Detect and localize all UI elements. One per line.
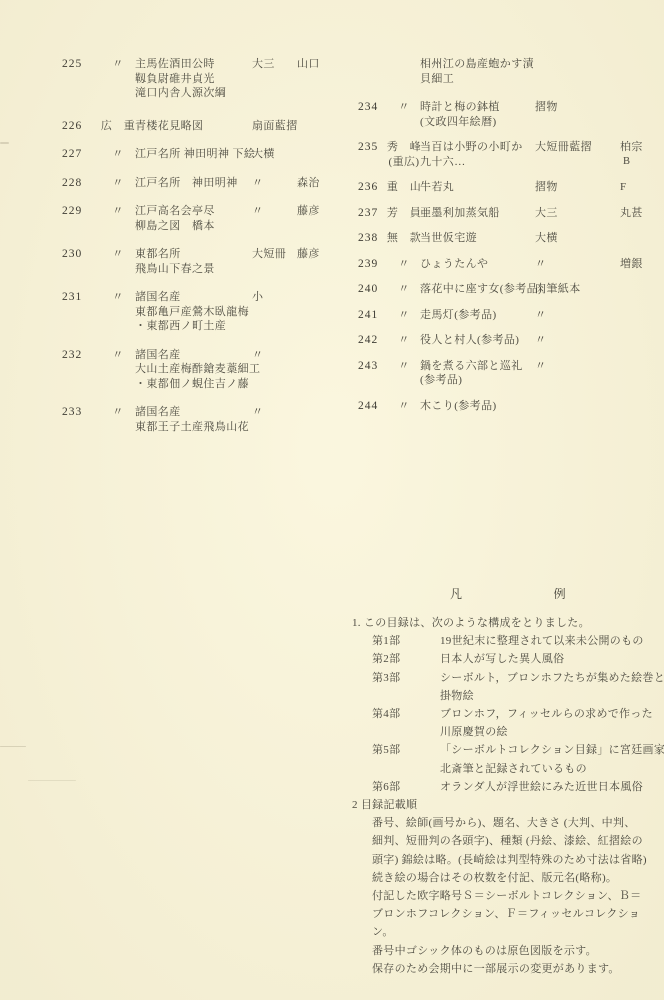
entry-publisher: 藤彦 xyxy=(297,204,320,219)
entry-title-line: 東都亀戸産鶯木臥龍梅 xyxy=(135,305,342,320)
catalog-entry: 243 〃 鍋を煮る六部と巡礼(参考品) 〃 xyxy=(358,359,664,388)
legend-line-text: シーボルト，ブロンホフたちが集めた絵巻と xyxy=(440,672,664,684)
legend-line-text: 付記した欧字略号Ｓ＝シーボルトコレクション、Ｂ＝ xyxy=(372,890,641,902)
entry-artist-name: 〃 xyxy=(112,58,123,70)
entry-title: 相州江の島産蚫かす漬貝細工 xyxy=(420,57,664,86)
entry-collection-code: B xyxy=(620,155,643,170)
entry-artist: 〃 xyxy=(100,247,136,262)
legend-line-label: 第6部 xyxy=(372,778,440,796)
scan-smudge xyxy=(28,780,76,781)
entry-artist-name: 〃 xyxy=(398,400,409,412)
legend-line: 1. この目録は、次のような構成をとりました。 xyxy=(352,614,664,632)
entry-number: 240 xyxy=(358,282,378,297)
entry-number: 237 xyxy=(358,206,378,221)
legend-line-text: 北斎筆と記録されているもの xyxy=(440,763,587,775)
catalog-entry: 239 〃 ひょうたんや 〃 増銀 xyxy=(358,257,664,272)
entry-artist: 〃 xyxy=(100,348,136,363)
legend-line-text: 川原慶賀の絵 xyxy=(440,726,508,738)
scan-smudge xyxy=(0,746,26,747)
entry-number: 238 xyxy=(358,231,378,246)
entry-title-line: (参考品) xyxy=(420,373,664,388)
entry-artist-name: 〃 xyxy=(112,205,123,217)
legend-line-text: 日本人が写した異人風俗 xyxy=(440,653,564,665)
legend-line: 保存のため会期中に一部展示の変更があります。 xyxy=(352,960,664,978)
catalog-entry: 244 〃 木こり(参考品) xyxy=(358,399,664,414)
entry-size: 摺物 xyxy=(535,100,558,115)
entry-publisher-name: F xyxy=(620,181,627,193)
entry-number: 230 xyxy=(62,247,82,262)
entry-size: 〃 xyxy=(535,257,546,272)
entry-title-line: 木こり(参考品) xyxy=(420,399,664,414)
entry-number: 243 xyxy=(358,359,378,374)
entry-title-line: 諸国名産 xyxy=(135,290,342,305)
catalog-entry: 236 重 山 牛若丸 摺物 F xyxy=(358,180,664,195)
entry-artist: 〃 xyxy=(384,359,424,374)
entry-number: 236 xyxy=(358,180,378,195)
legend-line: 番号中ゴシック体のものは原色図版を示す。 xyxy=(352,942,664,960)
legend-line-text: 19世紀末に整理されて以来未公開のもの xyxy=(440,635,644,647)
entry-size: 大三 xyxy=(252,57,275,72)
entry-title-line: 飛鳥山下春之景 xyxy=(135,262,342,277)
entry-publisher: 丸甚 xyxy=(620,206,643,221)
legend-line-text: 1. この目録は、次のような構成をとりました。 xyxy=(352,617,590,629)
legend-line: 川原慶賀の絵 xyxy=(352,723,664,741)
entry-artist-name: 〃 xyxy=(112,349,123,361)
entry-publisher-name: 森治 xyxy=(297,177,320,189)
catalog-entry: 230 〃 東都名所飛鳥山下春之景 大短冊 藤彦 xyxy=(62,247,342,276)
entry-size: 〃 xyxy=(535,359,546,374)
entry-number: 231 xyxy=(62,290,82,305)
legend-line: 第5部「シーボルトコレクション目録」に宮廷画家 xyxy=(352,741,664,759)
legend-heading: 凡 例 xyxy=(352,585,664,607)
entry-title: 木こり(参考品) xyxy=(420,399,664,414)
entry-size: 扇面藍摺 xyxy=(252,119,298,134)
legend-line: ブロンホフコレクション、Ｆ＝フィッセルコレクショ xyxy=(352,905,664,923)
entry-title-line: 滝口内舎人源次綱 xyxy=(135,86,342,101)
entry-artist-name: 〃 xyxy=(398,309,409,321)
entry-title-line: ・東都佃ノ蜆住吉ノ藤 xyxy=(135,377,342,392)
legend-line-text: ン。 xyxy=(372,926,394,938)
entry-title-line: 諸国名産 xyxy=(135,405,342,420)
entry-artist-name: 重 山 xyxy=(387,181,421,193)
entry-publisher: 森治 xyxy=(297,176,320,191)
entry-artist: 〃 xyxy=(384,257,424,272)
entry-artist: 重 山 xyxy=(384,180,424,195)
entry-title-line: 青楼花見略図 xyxy=(135,119,342,134)
catalog-page: { "page": { "paper_color": "#faf5da", "i… xyxy=(0,0,664,1000)
legend-line-text: 保存のため会期中に一部展示の変更があります。 xyxy=(372,963,620,975)
legend-line-text: ブロンホフ，フィッセルらの求めで作った xyxy=(440,708,653,720)
entry-title-line: (文政四年絵暦) xyxy=(420,115,664,130)
legend-line: 付記した欧字略号Ｓ＝シーボルトコレクション、Ｂ＝ xyxy=(352,887,664,905)
scan-smudge xyxy=(0,142,9,144)
entry-artist-name: 秀 峰 xyxy=(387,141,421,153)
entry-size: 大短冊 xyxy=(252,247,286,262)
entry-size: 小 xyxy=(252,290,263,305)
entry-artist: 〃 xyxy=(100,147,136,162)
legend-line-text: 続き絵の場合はその枚数を付記、版元名(略称)。 xyxy=(372,872,617,884)
entry-publisher: 柏宗B xyxy=(620,140,643,169)
entry-size: 肉筆紙本 xyxy=(535,282,581,297)
entry-number: 228 xyxy=(62,176,82,191)
legend-line: 2 目録記載順 xyxy=(352,796,664,814)
entry-size: 〃 xyxy=(252,176,263,191)
legend-heading-char-left: 凡 xyxy=(450,587,462,601)
entry-title: 諸国名産大山土産梅酢鎗麦藁細工・東都佃ノ蜆住吉ノ藤 xyxy=(135,348,342,392)
entry-publisher: 増銀 xyxy=(620,257,643,272)
legend-section: 凡 例 1. この目録は、次のような構成をとりました。 第1部19世紀末に整理さ… xyxy=(352,585,664,978)
entry-artist-name: 〃 xyxy=(398,258,409,270)
entry-title-line: 相州江の島産蚫かす漬 xyxy=(420,57,664,72)
legend-line-text: 細判、短冊判の各頭字)、種類 (丹絵、漆絵、紅摺絵の xyxy=(372,835,643,847)
entry-publisher-name: 山口 xyxy=(297,58,320,70)
entry-size: 〃 xyxy=(535,308,546,323)
legend-line: 第2部日本人が写した異人風俗 xyxy=(352,650,664,668)
entry-title-line: ・東都西ノ町土産 xyxy=(135,319,342,334)
entry-size: 〃 xyxy=(252,405,263,420)
entry-number: 234 xyxy=(358,100,378,115)
entry-size: 大短冊藍摺 xyxy=(535,140,592,155)
catalog-entry: 242 〃 役人と村人(参考品) 〃 xyxy=(358,333,664,348)
entry-number: 226 xyxy=(62,119,82,134)
entry-title: 江戸名所 神田明神 下絵 xyxy=(135,147,342,162)
entry-publisher: 藤彦 xyxy=(297,247,320,262)
entry-artist-name: 〃 xyxy=(398,101,409,113)
entry-artist: 〃 xyxy=(100,204,136,219)
entry-title: 青楼花見略図 xyxy=(135,119,342,134)
legend-line: 第6部オランダ人が浮世絵にみた近世日本風俗 xyxy=(352,778,664,796)
legend-line-text: オランダ人が浮世絵にみた近世日本風俗 xyxy=(440,781,643,793)
entry-artist-name: 無 款 xyxy=(387,232,421,244)
catalog-entry: 226 広 重 青楼花見略図 扇面藍摺 xyxy=(62,119,342,134)
legend-heading-char-right: 例 xyxy=(554,587,566,601)
entry-publisher-name: 藤彦 xyxy=(297,248,320,260)
entry-title-line: 靱負尉碓井貞光 xyxy=(135,72,342,87)
entry-title: 諸国名産東都王子土産飛鳥山花 xyxy=(135,405,342,434)
entry-publisher: F xyxy=(620,180,627,195)
legend-line-text: 2 目録記載順 xyxy=(352,799,417,811)
entry-artist: 無 款 xyxy=(384,231,424,246)
legend-line-text: 掛物絵 xyxy=(440,690,474,702)
entry-size: 大三 xyxy=(535,206,558,221)
legend-line-text: 番号中ゴシック体のものは原色図版を示す。 xyxy=(372,945,597,957)
entry-number: 232 xyxy=(62,348,82,363)
legend-line-text: 番号、絵師(画号から)、題名、大きさ (大判、中判、 xyxy=(372,817,636,829)
legend-line: 北斎筆と記録されているもの xyxy=(352,760,664,778)
entry-artist-name: 広 重 xyxy=(101,120,135,132)
entry-artist: 〃 xyxy=(384,308,424,323)
entry-artist-name: 〃 xyxy=(398,360,409,372)
catalog-entry: 238 無 款 当世仮宅遊 大横 xyxy=(358,231,664,246)
entry-number: 241 xyxy=(358,308,378,323)
entry-size: 〃 xyxy=(252,348,263,363)
catalog-entry: 228 〃 江戸名所 神田明神 〃 森治 xyxy=(62,176,342,191)
entry-publisher-name: 藤彦 xyxy=(297,205,320,217)
entry-artist-name: 〃 xyxy=(112,406,123,418)
entry-title-line: 東都王子土産飛鳥山花 xyxy=(135,420,342,435)
legend-line-label: 第1部 xyxy=(372,632,440,650)
catalog-entry: 229 〃 江戸高名会亭尽柳島之図 橋本 〃 藤彦 xyxy=(62,204,342,233)
entry-artist-name: 〃 xyxy=(112,248,123,260)
legend-line-text: 頭字) 錦絵は略。(長崎絵は判型特殊のため寸法は省略) xyxy=(372,854,647,866)
catalog-entry: 241 〃 走馬灯(参考品) 〃 xyxy=(358,308,664,323)
entry-publisher: 山口 xyxy=(297,57,320,72)
legend-line: ン。 xyxy=(352,923,664,941)
entry-artist-name: 〃 xyxy=(398,334,409,346)
entry-title: 諸国名産東都亀戸産鶯木臥龍梅・東都西ノ町土産 xyxy=(135,290,342,334)
entry-title-line: 江戸名所 神田明神 下絵 xyxy=(135,147,342,162)
catalog-entry: 233 〃 諸国名産東都王子土産飛鳥山花 〃 xyxy=(62,405,342,434)
legend-line: 掛物絵 xyxy=(352,687,664,705)
catalog-entry: 234 〃 時計と梅の鉢植(文政四年絵暦) 摺物 xyxy=(358,100,664,129)
entry-artist-alt-name: (重広) xyxy=(384,155,424,170)
catalog-entry: 240 〃 落花中に座す女(参考品) 肉筆紙本 xyxy=(358,282,664,297)
entry-artist-name: 〃 xyxy=(112,177,123,189)
entry-artist: 〃 xyxy=(384,100,424,115)
catalog-entry: 235 秀 峰(重広) 当百は小野の小町か九十六… 大短冊藍摺 柏宗B xyxy=(358,140,664,169)
entry-number: 244 xyxy=(358,399,378,414)
entry-artist-name: 〃 xyxy=(112,291,123,303)
entry-size: 〃 xyxy=(535,333,546,348)
entry-artist-name: 芳 員 xyxy=(387,207,421,219)
entry-artist: 〃 xyxy=(384,399,424,414)
catalog-entry: 237 芳 員 亜墨利加蒸気船 大三 丸甚 xyxy=(358,206,664,221)
legend-line-label: 第5部 xyxy=(372,741,440,759)
entry-number: 225 xyxy=(62,57,82,72)
entry-number: 242 xyxy=(358,333,378,348)
legend-line: 第4部ブロンホフ，フィッセルらの求めで作った xyxy=(352,705,664,723)
entry-artist: 〃 xyxy=(100,405,136,420)
catalog-entry: 相州江の島産蚫かす漬貝細工 xyxy=(358,57,664,86)
legend-line-label: 第2部 xyxy=(372,650,440,668)
legend-line-text: 「シーボルトコレクション目録」に宮廷画家 xyxy=(440,744,664,756)
entry-artist: 〃 xyxy=(100,57,136,72)
entry-publisher-name: 増銀 xyxy=(620,258,643,270)
entry-artist-name: 〃 xyxy=(112,148,123,160)
entry-artist-name: 〃 xyxy=(398,283,409,295)
catalog-column-left: 225 〃 主馬佐酒田公時靱負尉碓井貞光滝口内舎人源次綱 大三 山口 226 広… xyxy=(62,57,342,448)
entry-number: 229 xyxy=(62,204,82,219)
entry-number: 227 xyxy=(62,147,82,162)
legend-line: 頭字) 錦絵は略。(長崎絵は判型特殊のため寸法は省略) xyxy=(352,851,664,869)
entry-title-line: 大山土産梅酢鎗麦藁細工 xyxy=(135,362,342,377)
legend-line-label: 第4部 xyxy=(372,705,440,723)
entry-artist: 〃 xyxy=(100,290,136,305)
entry-size: 〃 xyxy=(252,204,263,219)
entry-size: 摺物 xyxy=(535,180,558,195)
entry-artist: 秀 峰(重広) xyxy=(384,140,424,169)
catalog-entry: 225 〃 主馬佐酒田公時靱負尉碓井貞光滝口内舎人源次綱 大三 山口 xyxy=(62,57,342,101)
entry-artist: 〃 xyxy=(100,176,136,191)
entry-size: 大横 xyxy=(535,231,558,246)
entry-title-line: 柳島之図 橋本 xyxy=(135,219,342,234)
legend-line: 第1部19世紀末に整理されて以来未公開のもの xyxy=(352,632,664,650)
entry-number: 239 xyxy=(358,257,378,272)
entry-artist: 〃 xyxy=(384,333,424,348)
legend-lines: 1. この目録は、次のような構成をとりました。 第1部19世紀末に整理されて以来… xyxy=(352,614,664,978)
entry-artist: 芳 員 xyxy=(384,206,424,221)
legend-line: 第3部シーボルト，ブロンホフたちが集めた絵巻と xyxy=(352,669,664,687)
catalog-entry: 232 〃 諸国名産大山土産梅酢鎗麦藁細工・東都佃ノ蜆住吉ノ藤 〃 xyxy=(62,348,342,392)
catalog-column-right: 相州江の島産蚫かす漬貝細工 234 〃 時計と梅の鉢植(文政四年絵暦) 摺物 2… xyxy=(358,57,664,424)
entry-artist: 広 重 xyxy=(100,119,136,134)
entry-size: 大横 xyxy=(252,147,275,162)
entry-number: 233 xyxy=(62,405,82,420)
entry-title-line: 諸国名産 xyxy=(135,348,342,363)
entry-number: 235 xyxy=(358,140,378,155)
legend-line: 番号、絵師(画号から)、題名、大きさ (大判、中判、 xyxy=(352,814,664,832)
catalog-entry: 227 〃 江戸名所 神田明神 下絵 大横 xyxy=(62,147,342,162)
entry-publisher-name: 柏宗 xyxy=(620,141,643,153)
legend-line: 続き絵の場合はその枚数を付記、版元名(略称)。 xyxy=(352,869,664,887)
legend-line-text: ブロンホフコレクション、Ｆ＝フィッセルコレクショ xyxy=(372,908,640,920)
legend-line-label: 第3部 xyxy=(372,669,440,687)
catalog-entry: 231 〃 諸国名産東都亀戸産鶯木臥龍梅・東都西ノ町土産 小 xyxy=(62,290,342,334)
entry-publisher-name: 丸甚 xyxy=(620,207,643,219)
legend-line: 細判、短冊判の各頭字)、種類 (丹絵、漆絵、紅摺絵の xyxy=(352,832,664,850)
entry-artist: 〃 xyxy=(384,282,424,297)
entry-title-line: 貝細工 xyxy=(420,72,664,87)
